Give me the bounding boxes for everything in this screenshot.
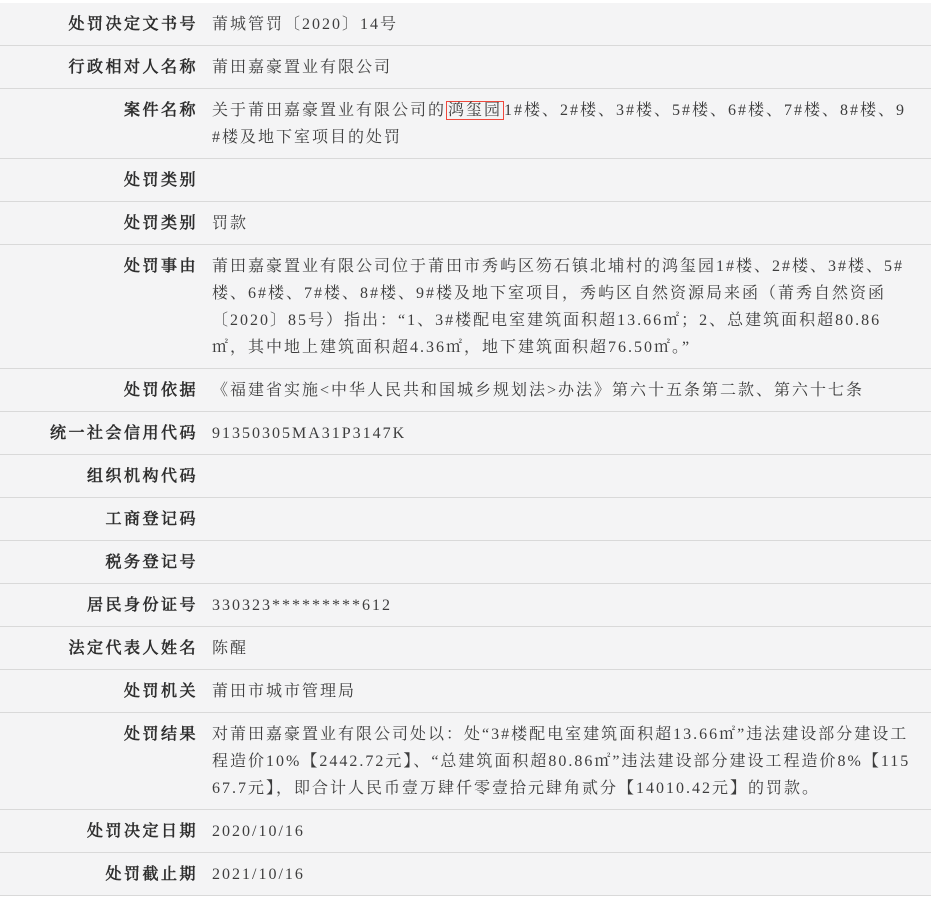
row-value: 莆田嘉豪置业有限公司 [212,54,912,81]
row-value: 莆城管罚〔2020〕14号 [212,11,912,38]
row-value: 2021/10/16 [212,861,912,888]
table-row: 税务登记号 [0,541,931,584]
highlighted-term-box: 鸿玺园 [446,101,504,120]
table-row: 行政相对人名称 莆田嘉豪置业有限公司 [0,46,931,89]
row-label: 税务登记号 [0,549,212,576]
row-value [212,506,912,533]
table-row: 组织机构代码 [0,455,931,498]
row-label: 处罚依据 [0,377,212,404]
row-value: 莆田嘉豪置业有限公司位于莆田市秀屿区笏石镇北埔村的鸿玺园1#楼、2#楼、3#楼、… [212,253,912,361]
row-value: 罚款 [212,210,912,237]
row-label: 行政相对人名称 [0,54,212,81]
row-label: 案件名称 [0,97,212,124]
row-value: 对莆田嘉豪置业有限公司处以：处“3#楼配电室建筑面积超13.66㎡”违法建设部分… [212,721,912,802]
row-label: 处罚截止期 [0,861,212,888]
row-label: 处罚决定文书号 [0,11,212,38]
table-row: 处罚决定文书号 莆城管罚〔2020〕14号 [0,3,931,46]
table-row: 处罚截止期 2021/10/16 [0,853,931,896]
table-row: 处罚类别 [0,159,931,202]
row-label: 处罚机关 [0,678,212,705]
row-value: 2020/10/16 [212,818,912,845]
row-label: 处罚类别 [0,210,212,237]
row-value: 《福建省实施<中华人民共和国城乡规划法>办法》第六十五条第二款、第六十七条 [212,377,912,404]
penalty-record-table: 处罚决定文书号 莆城管罚〔2020〕14号 行政相对人名称 莆田嘉豪置业有限公司… [0,3,931,896]
table-row: 处罚类别 罚款 [0,202,931,245]
row-label: 组织机构代码 [0,463,212,490]
row-value: 91350305MA31P3147K [212,420,912,447]
table-row: 工商登记码 [0,498,931,541]
table-row: 案件名称 关于莆田嘉豪置业有限公司的鸿玺园1#楼、2#楼、3#楼、5#楼、6#楼… [0,89,931,159]
table-row: 处罚依据 《福建省实施<中华人民共和国城乡规划法>办法》第六十五条第二款、第六十… [0,369,931,412]
table-row: 居民身份证号 330323*********612 [0,584,931,627]
row-value: 330323*********612 [212,592,912,619]
row-value [212,167,912,194]
row-label: 处罚类别 [0,167,212,194]
row-label: 处罚决定日期 [0,818,212,845]
table-row: 法定代表人姓名 陈醒 [0,627,931,670]
row-label: 法定代表人姓名 [0,635,212,662]
row-value: 陈醒 [212,635,912,662]
table-row: 统一社会信用代码 91350305MA31P3147K [0,412,931,455]
table-row: 处罚机关 莆田市城市管理局 [0,670,931,713]
row-label: 工商登记码 [0,506,212,533]
table-row: 处罚决定日期 2020/10/16 [0,810,931,853]
row-label: 统一社会信用代码 [0,420,212,447]
case-name-prefix: 关于莆田嘉豪置业有限公司的 [212,102,446,119]
row-label: 居民身份证号 [0,592,212,619]
row-label: 处罚事由 [0,253,212,280]
row-value [212,463,912,490]
row-value [212,549,912,576]
row-label: 处罚结果 [0,721,212,748]
table-row: 处罚事由 莆田嘉豪置业有限公司位于莆田市秀屿区笏石镇北埔村的鸿玺园1#楼、2#楼… [0,245,931,369]
row-value: 莆田市城市管理局 [212,678,912,705]
row-value: 关于莆田嘉豪置业有限公司的鸿玺园1#楼、2#楼、3#楼、5#楼、6#楼、7#楼、… [212,97,912,151]
table-row: 处罚结果 对莆田嘉豪置业有限公司处以：处“3#楼配电室建筑面积超13.66㎡”违… [0,713,931,810]
